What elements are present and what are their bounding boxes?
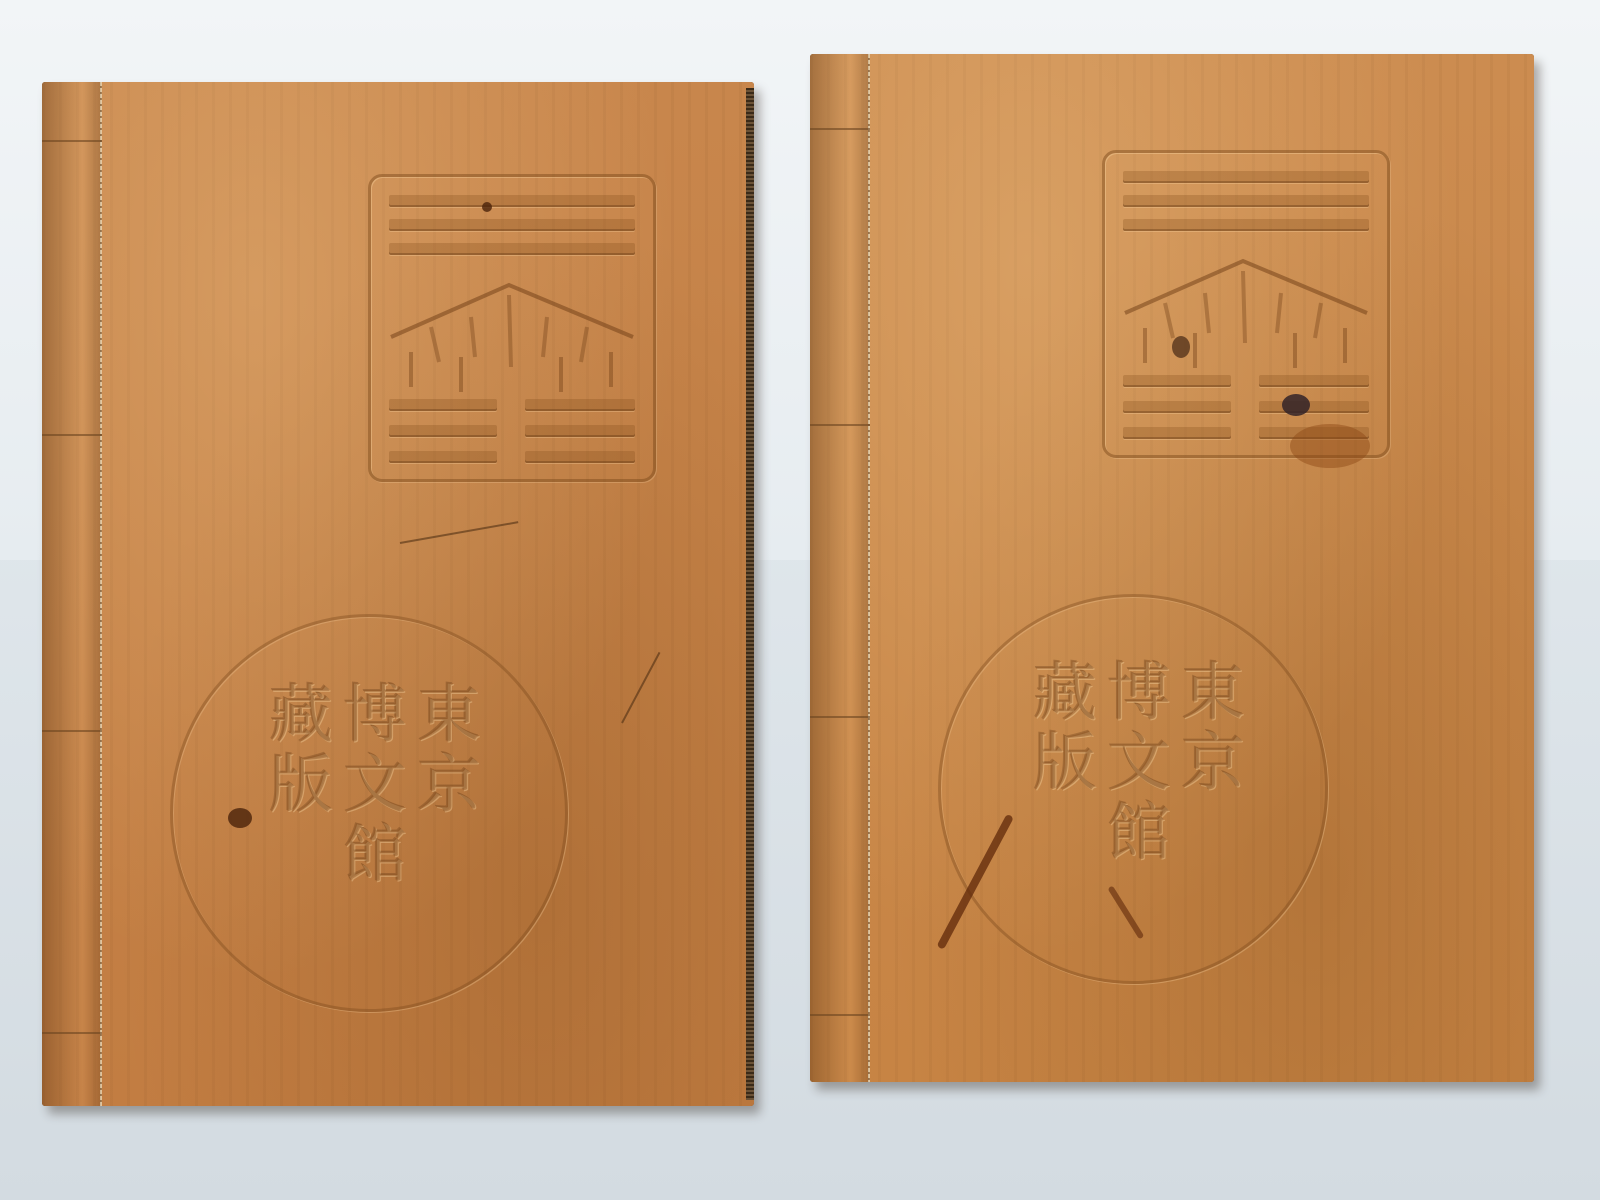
pavilion-emblem [368,174,656,482]
page-edges [746,88,754,1100]
seal-column: 藏版 [263,680,327,947]
binding-thread [42,434,102,436]
seal-column: 博文館 [1101,658,1165,919]
binding-strip [810,54,869,1082]
binding-thread [42,1032,102,1034]
binding-strip [42,82,101,1106]
ink-blot [1282,394,1310,416]
seal-column: 東京 [411,680,475,947]
pavilion-emblem [1102,150,1390,458]
binding-thread [42,140,102,142]
stain [482,202,492,212]
binding-stitch [868,54,870,1082]
seal-column: 博文館 [337,680,401,947]
stain [1172,336,1190,358]
binding-thread [810,424,870,426]
stain [228,808,252,828]
right-book: 東京 博文館 藏版 [810,54,1534,1082]
seal-column: 藏版 [1027,658,1091,919]
seal-column: 東京 [1175,658,1239,919]
binding-thread [810,1014,870,1016]
binding-thread [42,730,102,732]
binding-thread [810,716,870,718]
left-book: 東京 博文館 藏版 [42,82,754,1106]
water-stain [1290,424,1370,468]
binding-stitch [100,82,102,1106]
binding-thread [810,128,870,130]
